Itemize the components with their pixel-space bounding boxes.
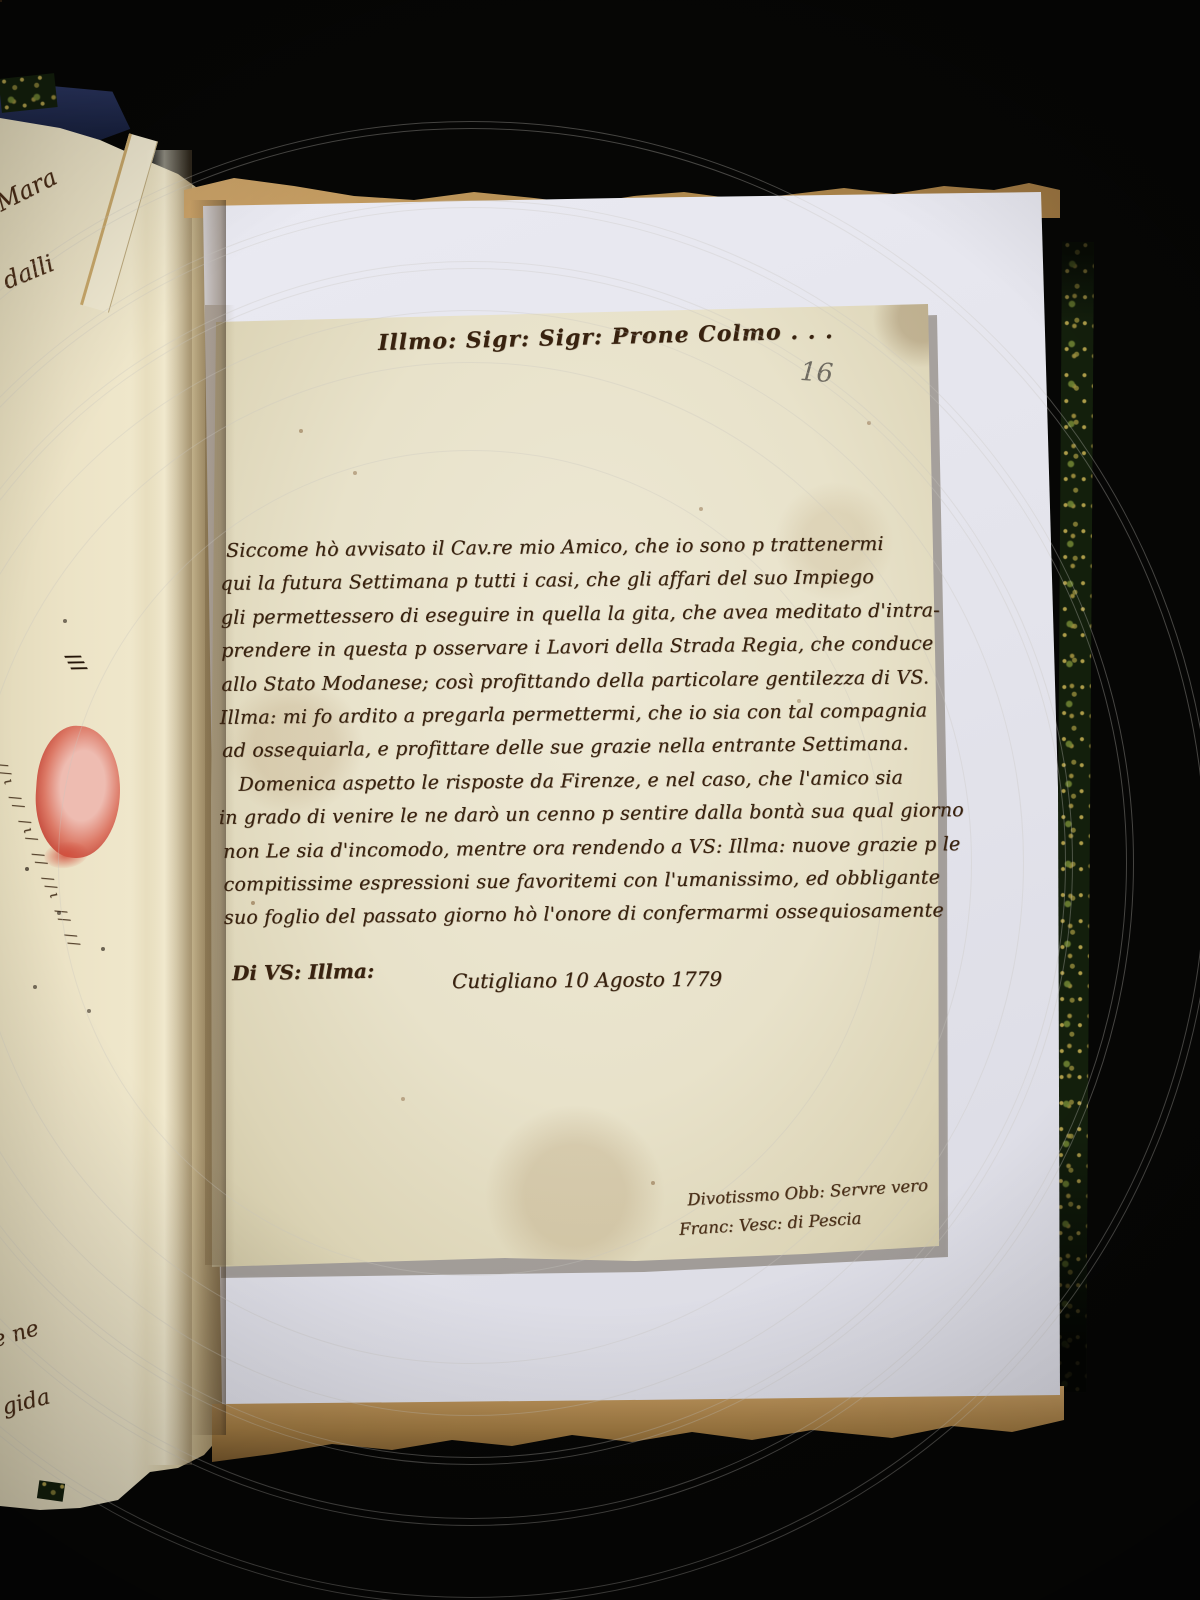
archive-photo: Mara dalli ∕∕ι ∕∕ ∕ι∕ ∕∕ ∕∕ι ∕∕ ∕∕ ∕∕∕ e… — [0, 0, 1200, 1600]
folio-number: 16 — [799, 357, 834, 389]
marbled-cover-right-edge — [1054, 242, 1094, 1392]
page-fold-strip — [146, 150, 192, 1465]
marbled-cover-fleck-bottom — [37, 1480, 65, 1501]
letter-closing: Di VS: Illma: — [232, 959, 375, 985]
letter-body: Siccome hò avvisato il Cav.re mio Amico,… — [220, 527, 965, 935]
foxing-specks — [0, 0, 2, 2]
letter-dateline: Cutigliano 10 Agosto 1779 — [452, 967, 722, 993]
marbled-cover-fleck-top — [0, 73, 58, 113]
